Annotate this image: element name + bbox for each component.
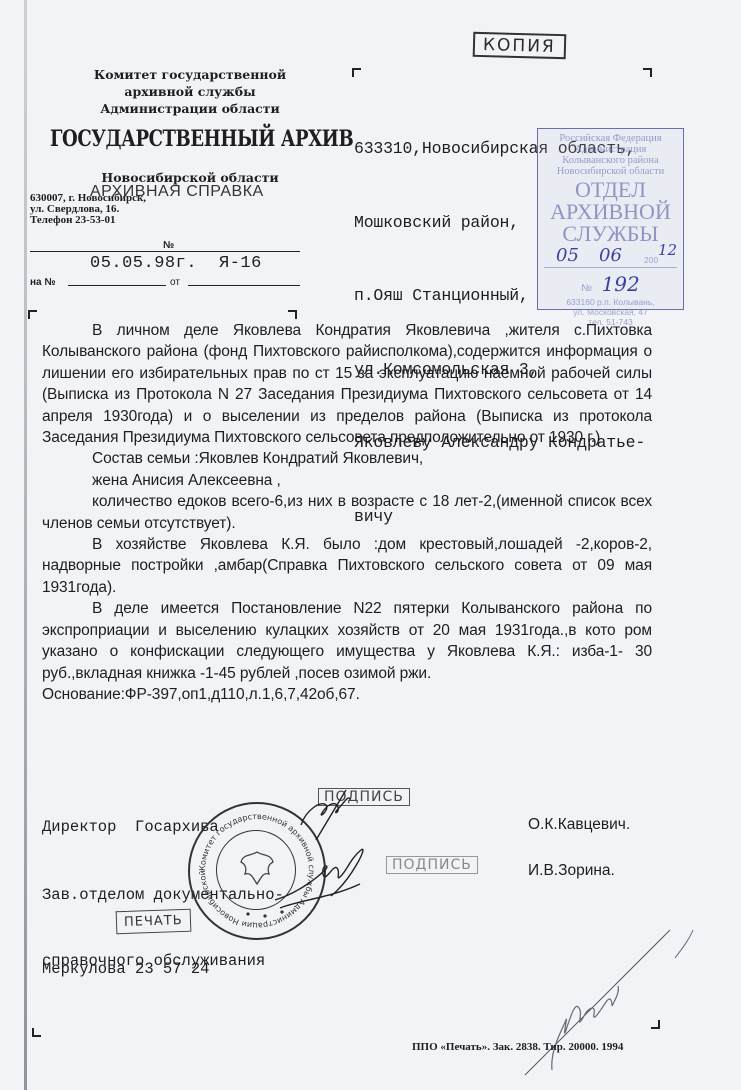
from-date-line	[188, 285, 300, 286]
archival-basis: Основание:ФР-397,оп1,д110,л.1,6,7,42об,6…	[42, 684, 652, 705]
stamp-date-month: 06	[599, 245, 622, 266]
stamp-year-suffix: 12	[658, 241, 677, 259]
stamp-date-day: 05	[556, 245, 579, 266]
family-composition: Состав семьи :Яковлев Кондратий Яковлеви…	[42, 448, 652, 469]
archive-received-stamp: Российская Федерация Администрация Колыв…	[537, 128, 684, 310]
body-paragraph: В хозяйстве Яковлева К.Я. было :дом крес…	[42, 534, 652, 598]
committee-line: Комитет государственной	[60, 66, 320, 83]
receipt-signature	[500, 920, 741, 1090]
stamp-header-line: Новосибирской области	[538, 166, 683, 177]
issue-date: 05.05.98г.	[90, 254, 197, 273]
stamp-title-line: ОТДЕЛ	[538, 179, 683, 201]
archive-address: 630007, г. Новосибирск, ул. Свердлова, 1…	[30, 193, 146, 226]
address-line: Телефон 23-53-01	[30, 215, 146, 226]
certificate-body: В личном деле Яковлева Кондратия Яковлев…	[42, 320, 652, 705]
stamp-header-line: Администрация	[538, 144, 683, 155]
body-paragraph: В личном деле Яковлева Кондратия Яковлев…	[42, 320, 652, 448]
corner-mark	[352, 68, 361, 77]
stamp-number: 192	[602, 272, 640, 296]
corner-mark	[643, 68, 652, 77]
stamp-header-line: Колыванского района	[538, 155, 683, 166]
letterhead: Комитет государственной архивной службы …	[60, 66, 320, 117]
body-paragraph: количество едоков всего-6,из них в возра…	[42, 491, 652, 534]
committee-line: Администрации области	[60, 100, 320, 117]
committee-line: архивной службы	[60, 83, 320, 100]
stamp-header-line: Российская Федерация	[538, 133, 683, 144]
stamp-footer-line: ул. Московская, 47	[538, 307, 683, 317]
seal-place-stamp: ПЕЧАТЬ	[116, 909, 191, 935]
corner-mark	[28, 310, 37, 319]
registration-number: Я-16	[219, 254, 262, 273]
corner-mark	[32, 1028, 41, 1037]
stamp-number-label: №	[581, 283, 592, 294]
corner-mark	[288, 310, 297, 319]
stamp-footer-line: 633160 р.п. Колывань,	[538, 297, 683, 307]
copy-stamp: КОПИЯ	[473, 32, 566, 59]
body-paragraph: В деле имеется Постановление N22 пятерки…	[42, 598, 652, 684]
number-line	[30, 251, 300, 252]
scan-page-edge	[24, 0, 27, 1090]
archive-name: ГОСУДАРСТВЕННЫЙ АРХИВ	[50, 126, 353, 152]
head-signature	[270, 840, 390, 920]
family-member: жена Анисия Алексеевна ,	[42, 470, 652, 491]
print-house-footer: ППО «Печать». Зак. 2838. Тир. 20000. 199…	[412, 1041, 623, 1053]
executor-contact: Меркулова 23 57 24	[42, 958, 209, 980]
number-label: №	[163, 240, 174, 251]
director-name: О.К.Кавцевич.	[528, 816, 630, 834]
stamp-title-line: АРХИВНОЙ	[538, 201, 683, 223]
signature-stamp: ПОДПИСЬ	[386, 856, 478, 874]
stamp-year-prefix: 200	[644, 255, 658, 265]
ref-number-label: на №	[30, 277, 56, 288]
ref-number-line	[68, 285, 166, 286]
from-label: от	[170, 277, 180, 288]
head-name: И.В.Зорина.	[528, 862, 615, 880]
